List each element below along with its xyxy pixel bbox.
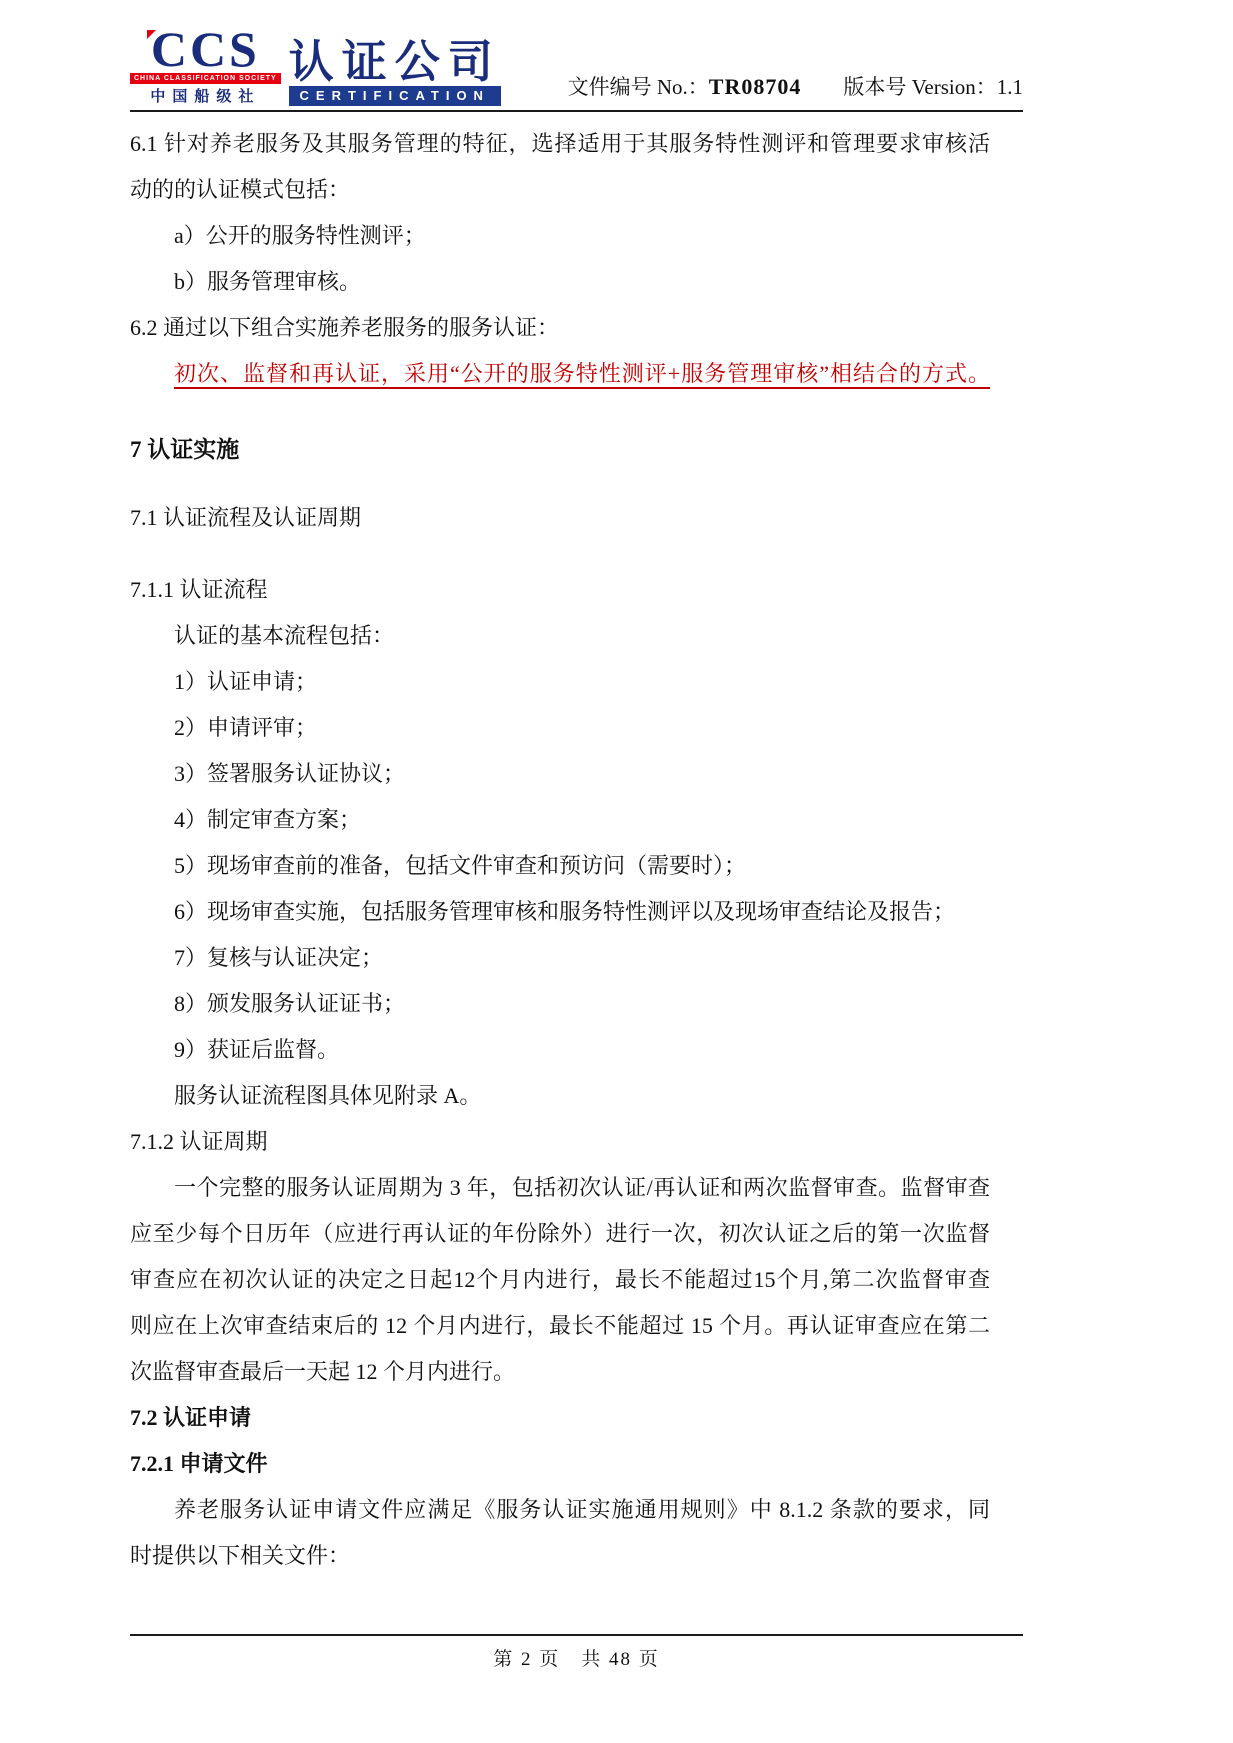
process-step-7: 7）复核与认证决定； xyxy=(130,935,990,981)
document-page: CCS CHINA CLASSIFICATION SOCIETY 中国船级社 认… xyxy=(0,0,1233,1743)
process-step-9: 9）获证后监督。 xyxy=(130,1027,990,1073)
cycle-paragraph-line: 应至少每个日历年（应进行再认证的年份除外）进行一次，初次认证之后的第一次监督 xyxy=(130,1211,990,1257)
process-intro-line: 认证的基本流程包括： xyxy=(130,613,990,659)
process-step-1: 1）认证申请； xyxy=(130,659,990,705)
process-note-line: 服务认证流程图具体见附录 A。 xyxy=(130,1073,990,1119)
version-value: 1.1 xyxy=(997,75,1023,99)
company-name-cn: 认证公司 xyxy=(289,39,501,85)
process-step-6: 6）现场审查实施，包括服务管理审核和服务特性测评以及现场审查结论及报告； xyxy=(130,889,990,935)
doc-no-value: TR08704 xyxy=(709,74,802,99)
clause-6-1-line: 动的的认证模式包括： xyxy=(130,167,990,213)
page-footer: 第 2 页 共 48 页 xyxy=(130,1634,1023,1671)
section-heading-7-1-2: 7.1.2 认证周期 xyxy=(130,1119,990,1165)
doc-no-label: 文件编号 No.： xyxy=(568,75,709,99)
society-name-cn: 中国船级社 xyxy=(150,85,260,106)
document-body: 6.1 针对养老服务及其服务管理的特征，选择适用于其服务特性测评和管理要求审核活… xyxy=(130,112,990,1579)
clause-6-1-line: 6.1 针对养老服务及其服务管理的特征，选择适用于其服务特性测评和管理要求审核活 xyxy=(130,121,990,167)
section-heading-7-2: 7.2 认证申请 xyxy=(130,1395,990,1441)
ccs-acronym-icon: CCS xyxy=(151,27,260,71)
document-meta: 文件编号 No.：TR08704版本号 Version：1.1 xyxy=(568,74,1023,100)
section-heading-7-1-1: 7.1.1 认证流程 xyxy=(130,567,990,613)
process-step-3: 3）签署服务认证协议； xyxy=(130,751,990,797)
page-header: CCS CHINA CLASSIFICATION SOCIETY 中国船级社 认… xyxy=(130,0,1023,112)
application-paragraph-line: 养老服务认证申请文件应满足《服务认证实施通用规则》中 8.1.2 条款的要求，同 xyxy=(130,1487,990,1533)
certification-banner: CERTIFICATION xyxy=(289,86,501,106)
ccs-logo: CCS CHINA CLASSIFICATION SOCIETY 中国船级社 认… xyxy=(130,27,501,106)
process-step-5: 5）现场审查前的准备，包括文件审查和预访问（需要时）； xyxy=(130,843,990,889)
section-heading-7-1: 7.1 认证流程及认证周期 xyxy=(130,495,990,541)
process-step-2: 2）申请评审； xyxy=(130,705,990,751)
ccs-logo-right: 认证公司 CERTIFICATION xyxy=(289,39,501,106)
section-heading-7-2-1: 7.2.1 申请文件 xyxy=(130,1441,990,1487)
cycle-paragraph-line: 审查应在初次认证的决定之日起12个月内进行，最长不能超过15个月,第二次监督审查 xyxy=(130,1257,990,1303)
application-paragraph-line: 时提供以下相关文件： xyxy=(130,1533,990,1579)
version-label: 版本号 Version： xyxy=(843,75,996,99)
process-step-8: 8）颁发服务认证证书； xyxy=(130,981,990,1027)
cycle-paragraph-line: 次监督审查最后一天起 12 个月内进行。 xyxy=(130,1349,990,1395)
clause-6-2-line: 6.2 通过以下组合实施养老服务的服务认证： xyxy=(130,305,990,351)
clause-6-1-item-a: a）公开的服务特性测评； xyxy=(130,213,990,259)
ccs-logo-left: CCS CHINA CLASSIFICATION SOCIETY 中国船级社 xyxy=(130,27,281,106)
cycle-paragraph-line: 一个完整的服务认证周期为 3 年，包括初次认证/再认证和两次监督审查。监督审查 xyxy=(130,1165,990,1211)
clause-6-1-item-b: b）服务管理审核。 xyxy=(130,259,990,305)
section-heading-7: 7 认证实施 xyxy=(130,427,990,473)
page-number: 第 2 页 共 48 页 xyxy=(130,1644,1023,1671)
clause-6-2-note-red: 初次、监督和再认证，采用“公开的服务特性测评+服务管理审核”相结合的方式。 xyxy=(130,351,990,397)
process-step-4: 4）制定审查方案； xyxy=(130,797,990,843)
cycle-paragraph-line: 则应在上次审查结束后的 12 个月内进行，最长不能超过 15 个月。再认证审查应… xyxy=(130,1303,990,1349)
